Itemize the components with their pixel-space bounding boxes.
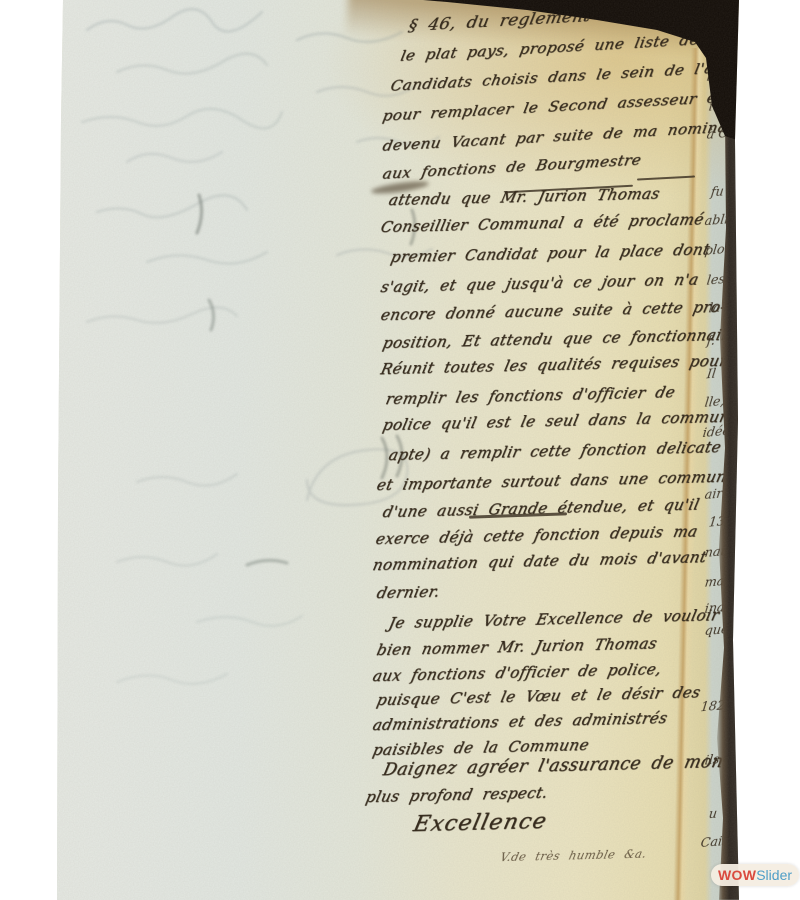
manuscript-line: bien nommer Mr. Jurion Thomas xyxy=(375,634,659,659)
manuscript-line: premier Candidat pour la place dont xyxy=(389,240,712,266)
facing-page-word-fragment: u xyxy=(708,806,718,822)
manuscript-photo: § 46, du reglement d'administration pour… xyxy=(57,0,739,900)
facing-page-word-fragment: fu xyxy=(710,183,725,199)
facing-page-word-fragment: Il xyxy=(706,366,717,382)
manuscript-line: aux fonctions d'officier de police, xyxy=(371,660,663,685)
manuscript-line: s'agit, et que jusqu'à ce jour on n'a xyxy=(379,270,701,296)
facing-page-word-fragment: la xyxy=(708,300,721,316)
manuscript-line: Conseillier Communal a été proclamé xyxy=(379,210,706,236)
manuscript-line: encore donné aucune suite à cette pro- xyxy=(379,298,728,324)
manuscript-line: attendu que Mr. Jurion Thomas xyxy=(387,184,662,209)
manuscript-line: nommination qui date du mois d'avant xyxy=(371,548,709,574)
manuscript-line: plus profond respect. xyxy=(364,784,550,806)
manuscript-line: administrations et des administrés xyxy=(371,709,669,734)
facing-page-word-fragment: ils xyxy=(704,751,721,767)
manuscript-line: aux fonctions de Bourgmestre xyxy=(381,151,643,183)
screenshot: § 46, du reglement d'administration pour… xyxy=(0,0,800,900)
manuscript-line: exerce déjà cette fonction depuis ma xyxy=(374,522,700,548)
manuscript-line: devenu Vacant par suite de ma nomination xyxy=(381,116,739,155)
watermark-slider-label: Slider xyxy=(756,864,792,886)
facing-page-word-fragment: f. xyxy=(706,333,716,349)
facing-page-word-fragment: lle, xyxy=(704,393,726,410)
watermark-wow-label: WOW xyxy=(718,864,756,886)
manuscript-line: remplir les fonctions d'officier de xyxy=(384,383,677,408)
manuscript-line: Excellence xyxy=(411,809,550,837)
manuscript-line: apte) a remplir cette fonction delicate xyxy=(387,438,723,464)
page-gutter-shadow xyxy=(715,118,739,900)
manuscript-line: V.de très humble &a. xyxy=(499,846,648,864)
flourish-dash xyxy=(637,175,695,180)
manuscript-line: dernier. xyxy=(375,582,442,602)
manuscript-line: Réunit toutes les qualités requises pour xyxy=(379,352,729,378)
manuscript-line: puisque C'est le Vœu et le désir des xyxy=(375,683,702,709)
manuscript-line: Je supplie Votre Excellence de vouloir xyxy=(387,606,721,632)
manuscript-line: d'une aussi Grande étendue, et qu'il xyxy=(381,495,701,521)
wowslider-watermark[interactable]: WOWSlider xyxy=(711,864,799,886)
